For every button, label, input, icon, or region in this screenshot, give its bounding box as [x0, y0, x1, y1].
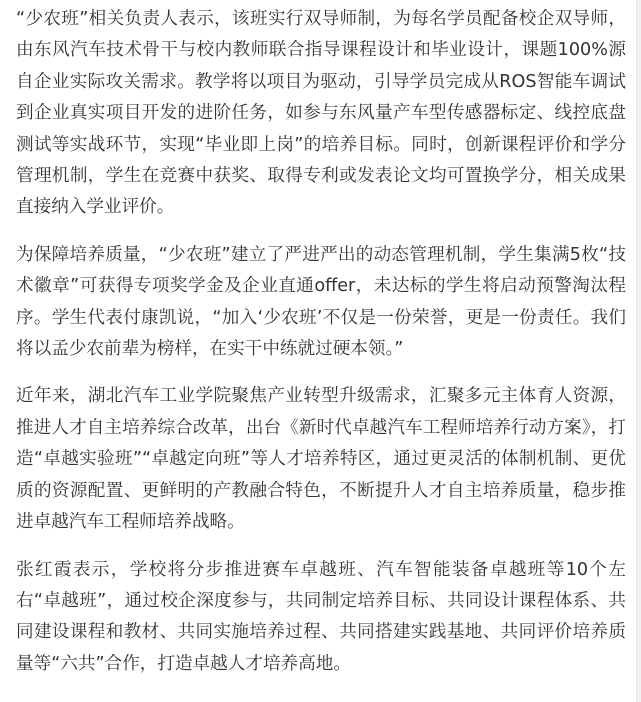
paragraph-quality-management: 为保障培养质量，“少农班”建立了严进严出的动态管理机制，学生集满5枚“技术徽章”… [16, 240, 626, 366]
paragraph-excellence-classes: 张红霞表示，学校将分步推进赛车卓越班、汽车智能装备卓越班等10个左右“卓越班”，… [16, 555, 626, 681]
paragraph-reform-initiatives: 近年来，湖北汽车工业学院聚焦产业转型升级需求，汇聚多元主体育人资源，推进人才自主… [16, 381, 626, 538]
scrollbar-track[interactable] [636, 0, 641, 702]
paragraph-dual-mentor: “少农班”相关负责人表示，该班实行双导师制，为每名学员配备校企双导师，由东风汽车… [16, 4, 626, 224]
article-body: “少农班”相关负责人表示，该班实行双导师制，为每名学员配备校企双导师，由东风汽车… [16, 4, 626, 696]
